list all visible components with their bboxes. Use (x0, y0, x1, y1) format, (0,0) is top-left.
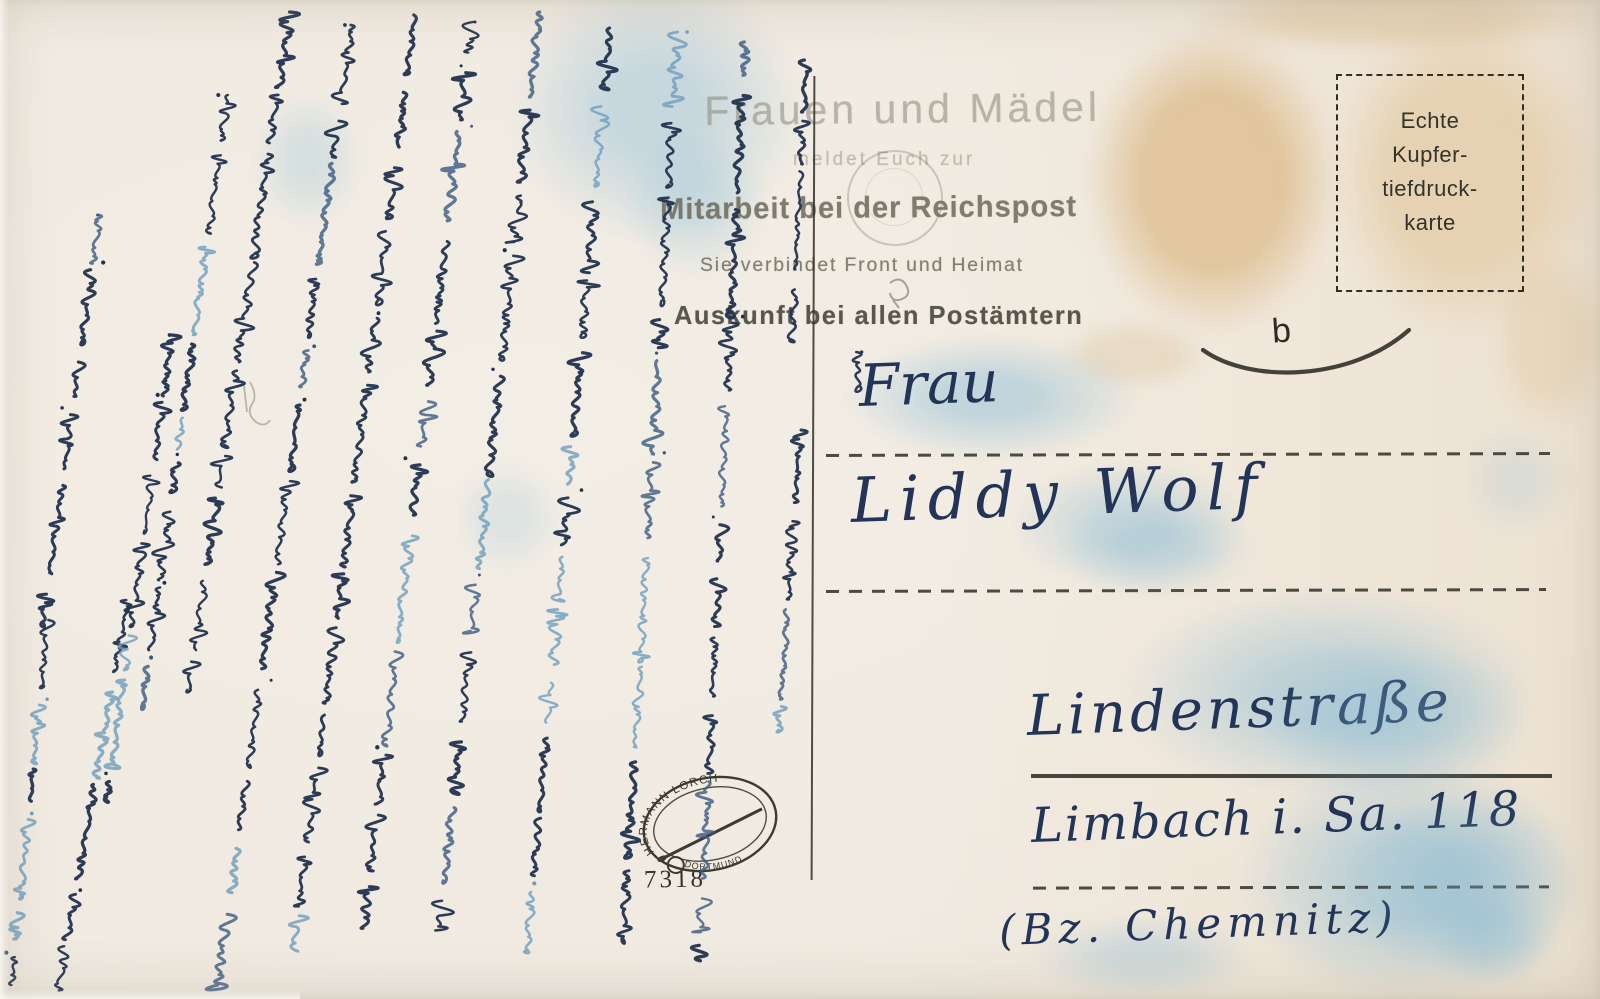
handwriting-stroke (38, 594, 54, 627)
cancel-datestamp-circle (847, 150, 943, 246)
address-street: Lindenstraße (1026, 669, 1454, 749)
handwriting-stroke (90, 215, 102, 264)
handwriting-stroke (397, 536, 418, 643)
handwriting-stroke (276, 481, 299, 564)
handwriting-stroke (524, 892, 534, 953)
ink-dot (270, 679, 273, 682)
handwriting-stroke (658, 198, 673, 307)
handwriting-stroke (710, 579, 726, 627)
address-district: (Bz. Chemnitz) (998, 892, 1399, 955)
stamp-box-line-4: karte (1338, 206, 1522, 240)
ink-dot (375, 745, 379, 749)
tan-stain (1490, 250, 1600, 430)
handwriting-stroke (358, 887, 378, 929)
handwriting-stroke (643, 361, 663, 454)
ink-dot (403, 456, 407, 460)
handwriting-stroke (517, 110, 538, 182)
handwriting-stroke (73, 362, 85, 397)
publisher-stamp: HERMANN LORCH DORTMUND (628, 761, 786, 886)
ink-dot (96, 213, 99, 216)
address-solid-rule (1031, 774, 1552, 778)
ink-bloom-overlay (1255, 640, 1535, 800)
handwriting-stroke (154, 402, 171, 460)
handwriting-stroke (366, 815, 386, 871)
tan-stain (1085, 25, 1340, 335)
handwriting-stroke (696, 782, 713, 879)
handwriting-stroke (448, 742, 465, 794)
handwriting-stroke (442, 132, 465, 221)
handwriting-stroke (183, 662, 200, 693)
tan-stain (1180, 0, 1600, 52)
handwriting-stroke (382, 652, 403, 747)
handwriting-stroke (774, 707, 787, 733)
handwriting-stroke (791, 430, 807, 503)
handwriting-stroke (547, 609, 567, 664)
scan-edge-bottom (0, 990, 300, 999)
ink-bloom (450, 460, 565, 575)
printed-marks-svg: HERMANN LORCH DORTMUND (0, 0, 1600, 999)
handwriting-stroke (316, 164, 334, 265)
ink-bloom-overlay-layer (0, 0, 1600, 999)
ink-dot (532, 881, 536, 885)
scan-edge-left (0, 0, 9, 999)
stamp-placement-box: Echte Kupfer- tiefdruck- karte (1336, 74, 1524, 292)
handwriting-stroke (410, 465, 427, 515)
handwriting-stroke (206, 914, 236, 990)
stamp-box-line-1: Echte (1338, 104, 1522, 138)
ink-dot (580, 488, 584, 492)
handwriting-stroke (662, 123, 681, 187)
handwriting-stroke (463, 22, 479, 53)
handwriting-stroke (499, 256, 524, 361)
handwriting-stroke (234, 262, 257, 362)
paper-warm-tint (0, 0, 1600, 999)
handwriting-stroke (373, 755, 392, 804)
stamp-box-line-2: Kupfer- (1338, 138, 1522, 172)
handwriting-stroke (228, 848, 240, 892)
handwriting-stroke (435, 241, 449, 323)
handwriting-stroke (60, 415, 78, 469)
handwriting-stroke (81, 270, 96, 345)
tan-stain (1330, 12, 1596, 337)
handwriting-stroke (622, 762, 640, 858)
handwriting-stroke (192, 247, 214, 335)
handwriting-stroke (238, 781, 249, 830)
handwriting-stroke (719, 323, 738, 390)
handwriting-stroke (40, 620, 54, 688)
handwriting-stroke (307, 279, 319, 338)
handwriting-stroke (247, 690, 261, 768)
arc-path-bottom (678, 818, 776, 876)
handwriting-stroke (332, 25, 354, 104)
handwriting-stroke (14, 819, 35, 899)
handwriting-stroke (779, 610, 789, 700)
ink-bloom (250, 90, 365, 230)
ink-dot (470, 125, 473, 128)
handwriting-stroke (31, 705, 45, 764)
handwriting-stroke (395, 92, 406, 147)
ink-bloom (840, 335, 1140, 460)
handwriting-stroke (93, 692, 116, 778)
handwriting-stroke (642, 462, 660, 538)
handwriting-stroke (417, 402, 437, 447)
handwriting-stroke (531, 818, 540, 876)
message-address-divider-line (811, 76, 816, 880)
handwriting-stroke (853, 352, 862, 392)
handwriting-stroke (289, 405, 301, 471)
handwriting-stroke (361, 318, 380, 372)
address-dashed-rule-1 (826, 452, 1550, 457)
handwriting-stroke (10, 913, 24, 939)
handwriting-stroke (485, 376, 504, 476)
handwriting-stroke (704, 716, 717, 774)
palette-outline (635, 765, 785, 883)
posthorn-icon (890, 279, 908, 308)
handwriting-stroke (303, 768, 327, 842)
handwriting-stroke (794, 171, 803, 269)
handwriting-stroke (352, 385, 378, 482)
handwritten-message (0, 0, 1600, 999)
handwriting-stroke (29, 769, 36, 801)
printed-elements-layer: Frauen und Mädel meldet Euch zur Mitarbe… (0, 0, 1600, 999)
handwriting-stroke (105, 680, 126, 769)
publisher-city-arc: DORTMUND (682, 847, 745, 878)
machine-cancel-slogan-line-1: Frauen und Mädel (704, 84, 1101, 135)
handwriting-stroke (221, 371, 244, 448)
ink-dot (45, 697, 48, 700)
handwriting-stroke (432, 901, 453, 931)
ink-dot (162, 581, 166, 585)
handwriting-stroke (63, 894, 80, 939)
handwriting-stroke (463, 585, 480, 634)
ink-dot (377, 311, 381, 315)
ink-bloom (1455, 420, 1575, 540)
handwriting-stroke (385, 168, 402, 219)
handwriting-stroke (113, 600, 131, 672)
ink-bloom (1120, 585, 1540, 800)
handwriting-stroke (142, 666, 149, 709)
handwriting-stroke (718, 406, 729, 506)
handwriting-stroke (578, 281, 600, 338)
handwriting-stroke (181, 344, 194, 410)
tan-stain (1058, 320, 1208, 390)
handwriting-stroke (568, 353, 591, 437)
ink-dot (156, 393, 160, 397)
handwriting-stroke (119, 635, 137, 670)
handwriting-stroke (529, 12, 542, 97)
ink-dot (149, 655, 153, 659)
ink-bloom (505, 0, 805, 245)
ink-dot (655, 351, 658, 354)
ink-bloom (620, 130, 770, 280)
handwriting-stroke (152, 512, 174, 581)
handwriting-stroke (506, 196, 527, 243)
handwriting-stroke (794, 121, 809, 164)
handwriting-stroke (220, 95, 236, 141)
ink-dot (663, 451, 666, 454)
handwriting-stroke (476, 480, 490, 569)
address-recipient-name: Liddy Wolf (849, 450, 1266, 537)
postcard-back: Frauen und Mädel meldet Euch zur Mitarbe… (0, 0, 1600, 999)
handwriting-stroke (633, 558, 649, 662)
ink-dot (460, 64, 463, 67)
handwriting-stroke (9, 957, 17, 985)
handwriting-stroke (104, 782, 111, 803)
handwriting-stroke (318, 715, 324, 756)
handwriting-stroke (162, 335, 181, 396)
handwriting-stroke (170, 463, 180, 493)
handwriting-stroke (190, 581, 207, 650)
stamp-box-line-3: tiefdruck- (1338, 172, 1522, 206)
handwriting-stroke (555, 498, 580, 545)
publisher-card-number: 7318 (644, 865, 706, 894)
handwriting-stroke (692, 899, 711, 933)
handwriting-stroke (275, 12, 299, 87)
handwriting-stroke (211, 456, 232, 487)
machine-cancel-slogan-line-3: Mitarbeit bei der Reichspost (660, 190, 1077, 227)
handwriting-stroke (799, 60, 810, 112)
handwriting-stroke (539, 683, 557, 723)
handwriting-stroke (618, 871, 632, 944)
handwriting-stroke (49, 485, 66, 573)
handwriting-stroke (404, 15, 416, 75)
handwriting-stroke (204, 498, 223, 564)
ink-dot (473, 20, 476, 23)
handwriting-stroke (692, 945, 707, 960)
tan-stain-layer (0, 0, 1600, 999)
handwriting-stroke (726, 210, 744, 318)
handwriting-stroke (591, 106, 609, 186)
ink-dot (101, 260, 105, 264)
handwriting-stroke (55, 946, 68, 990)
arc-path-top (639, 771, 772, 853)
handwriting-stroke (663, 32, 686, 107)
handwriting-stroke (562, 447, 578, 485)
ink-dot (491, 368, 494, 371)
handwriting-stroke (267, 95, 283, 143)
handwriting-stroke (581, 202, 598, 273)
address-town: Limbach i. Sa. 118 (1030, 781, 1522, 854)
cancel-datestamp-inner-circle (865, 168, 923, 226)
handwriting-stroke (716, 525, 729, 561)
ink-dot (741, 315, 745, 319)
machine-cancel-slogan-line-5: Auskunft bei allen Postämtern (674, 300, 1083, 331)
publisher-name-arc: HERMANN LORCH (628, 771, 732, 858)
scan-vignette (0, 0, 1600, 999)
ink-bloom-overlay (1430, 890, 1560, 990)
handwriting-stroke (261, 572, 285, 668)
ink-dot (216, 93, 220, 97)
handwriting-stroke (452, 73, 475, 120)
handwriting-stroke (125, 543, 150, 627)
handwriting-stroke (76, 784, 97, 878)
ink-dot (312, 344, 316, 348)
ink-dot (30, 812, 34, 816)
ink-dot (343, 23, 347, 27)
handwriting-stroke (299, 350, 309, 387)
address-dashed-rule-2 (826, 588, 1546, 593)
ink-bloom (1010, 460, 1250, 590)
handwriting-stroke (552, 557, 565, 602)
machine-cancel-slogan-line-2: meldet Euch zur (793, 149, 975, 171)
ink-bloom (1030, 915, 1260, 999)
ink-bloom-overlay (1060, 500, 1260, 600)
handwriting-stroke (652, 320, 668, 348)
ink-bloom-layer (0, 0, 1600, 999)
machine-cancel-slogan-line-4: Sie verbindet Front und Heimat (700, 254, 1024, 277)
handwriting-stroke (294, 857, 311, 906)
ink-dot (860, 350, 863, 353)
handwriting-stroke (148, 588, 165, 651)
ink-dot (60, 406, 64, 410)
handwriting-stroke (423, 331, 446, 385)
handwriting-stroke (597, 28, 617, 90)
handwriting-columns (4, 12, 863, 990)
pencil-mark (244, 382, 270, 425)
handwriting-stroke (251, 154, 274, 258)
handwriting-stroke (341, 496, 362, 567)
handwriting-stroke (143, 476, 159, 534)
ink-dot (78, 888, 82, 892)
palette-thumb-hole (666, 856, 685, 875)
ink-bloom-overlay (1350, 790, 1580, 980)
handwriting-stroke (289, 916, 308, 952)
handwriting-stroke (783, 521, 799, 599)
paintbrush-icon (652, 809, 768, 861)
handwriting-stroke (733, 96, 751, 193)
ink-dot (712, 516, 715, 519)
paintbrush-tip (656, 854, 667, 863)
handwriting-stroke (372, 231, 391, 305)
ink-dot (478, 574, 481, 577)
handwriting-stroke (176, 418, 184, 450)
address-block: Frau Liddy Wolf Lindenstraße Limbach i. … (0, 0, 1600, 999)
ink-dot (503, 248, 507, 252)
handwriting-stroke (710, 638, 717, 697)
palette-inner-outline (647, 777, 773, 871)
ink-bloom (1235, 755, 1585, 999)
ink-dot (168, 333, 172, 337)
address-dashed-rule-3 (1033, 885, 1549, 889)
handwriting-stroke (788, 290, 797, 343)
handwriting-stroke (740, 42, 749, 75)
handwriting-stroke (443, 808, 456, 884)
handwriting-stroke (332, 574, 349, 618)
handwriting-stroke (538, 738, 549, 812)
ink-dot (104, 772, 108, 776)
cancel-arc (1203, 330, 1409, 372)
handwriting-stroke (323, 628, 344, 704)
handwriting-stroke (325, 121, 347, 157)
ink-dot (685, 30, 688, 33)
ink-dot (303, 398, 307, 402)
address-recipient-title: Frau (858, 347, 1000, 420)
handwriting-stroke (633, 667, 643, 748)
handwriting-stroke (206, 155, 226, 233)
handwriting-stroke (460, 652, 476, 721)
cancel-index-letter: b (1271, 311, 1293, 351)
ink-dot (176, 453, 179, 456)
